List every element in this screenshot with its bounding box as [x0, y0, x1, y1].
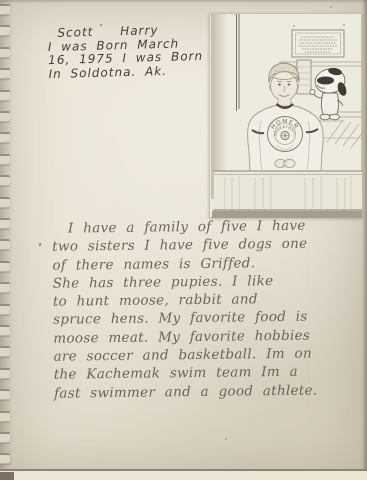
binding-tab [0, 132, 10, 143]
binding-tab [0, 68, 10, 79]
binding-tab [0, 411, 10, 422]
note-line: In Soldotna. Ak. [48, 63, 203, 81]
page-right-edge [362, 0, 367, 480]
binding-tab [0, 25, 10, 36]
binding-tab [0, 432, 10, 443]
handwritten-name-note: Scott Harry I was Born March 16, 1975 I … [47, 23, 203, 81]
portrait-photo: HOMER BASKETBALL [209, 13, 362, 218]
snoopy-sunglasses-icon [317, 77, 334, 85]
binding-tab [0, 304, 10, 315]
spiral-binding-edge [0, 0, 13, 480]
binding-tab [0, 90, 10, 101]
paragraph-line: two sisters I have five dogs one [52, 235, 338, 257]
binding-tab [0, 175, 10, 186]
paper-speck [225, 438, 227, 440]
paragraph-line: fast swimmer and a good athlete. [54, 381, 340, 403]
paper-speck [38, 243, 41, 247]
binding-tab [0, 4, 10, 15]
binding-bottom-notch [0, 472, 14, 480]
binding-tab [0, 239, 10, 250]
binding-tab [0, 325, 10, 336]
binding-tab [0, 197, 10, 208]
binding-tab [0, 154, 10, 165]
scrapbook-page: Scott Harry I was Born March 16, 1975 I … [0, 0, 367, 480]
binding-tab [0, 346, 10, 357]
binding-tab [0, 453, 10, 464]
binding-tab [0, 389, 10, 400]
page-top-edge [0, 0, 367, 2]
binding-tab [0, 111, 10, 122]
handwritten-paragraph: I have a family of five I have two siste… [52, 216, 340, 402]
binding-tab [0, 261, 10, 272]
page-bottom-edge [0, 469, 367, 480]
binding-tab [0, 218, 10, 229]
binding-tab [0, 47, 10, 58]
binding-tab [0, 368, 10, 379]
binding-tab [0, 282, 10, 293]
paper-speck [330, 6, 332, 8]
paper-speck [100, 24, 102, 26]
counter-table [212, 171, 362, 218]
